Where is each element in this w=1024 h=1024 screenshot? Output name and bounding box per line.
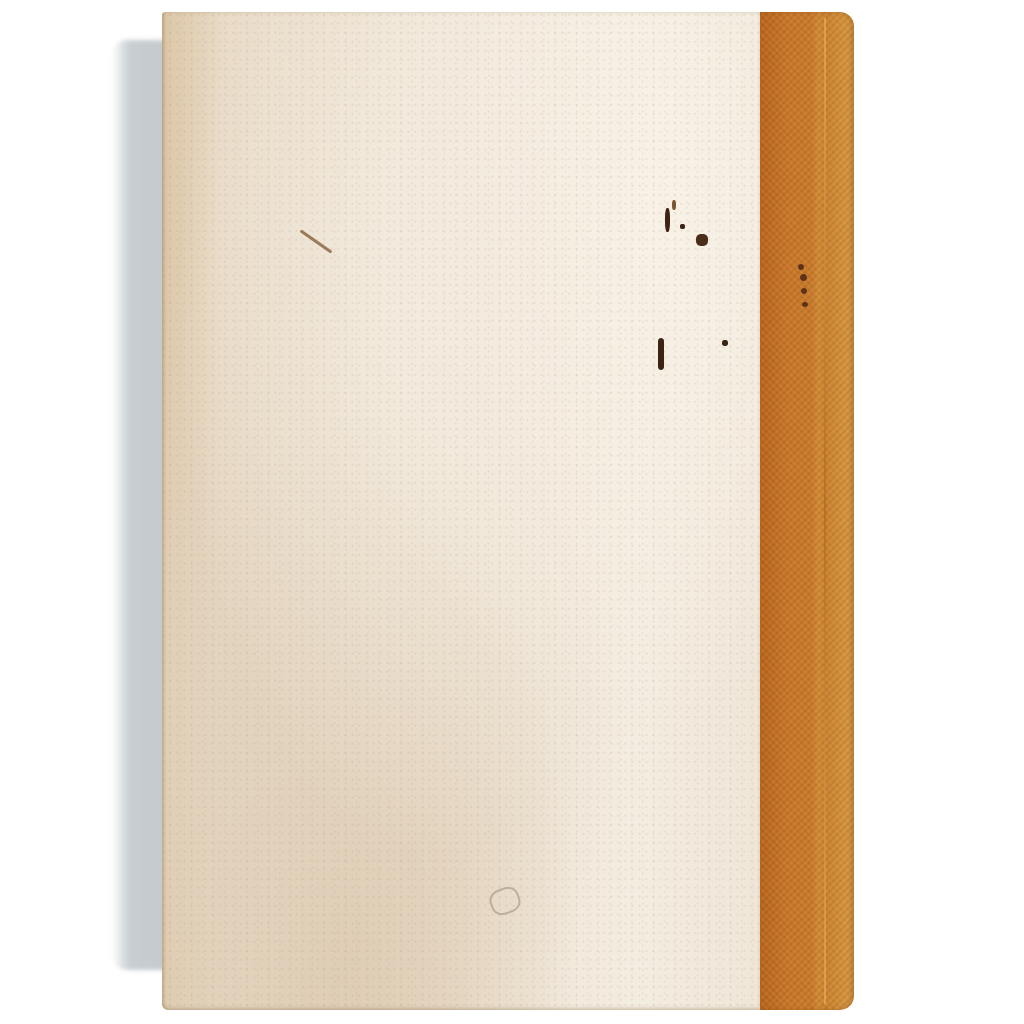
worn-spot: [486, 884, 523, 919]
stain: [696, 234, 708, 246]
spine-groove: [824, 18, 826, 1004]
spine-stain: [801, 288, 807, 294]
book-spine: [760, 12, 854, 1010]
stain: [722, 340, 728, 346]
stain: [665, 208, 670, 232]
spine-stain: [798, 264, 804, 270]
stain: [658, 338, 664, 370]
back-cover: [162, 12, 760, 1010]
spine-stain: [800, 274, 807, 281]
stain: [680, 224, 685, 229]
book: [162, 12, 854, 1010]
spine-stain: [802, 302, 808, 307]
scratch-mark: [300, 229, 333, 253]
stain: [672, 200, 676, 210]
